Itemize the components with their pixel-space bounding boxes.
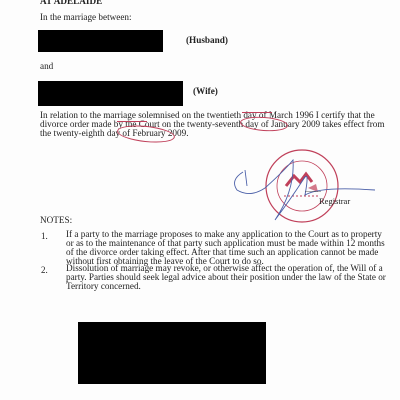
signature-dots: ........ — [305, 185, 321, 196]
note-line: Territory concerned. — [66, 281, 141, 291]
notes-heading: NOTES: — [40, 215, 72, 226]
husband-label: (Husband) — [186, 35, 228, 46]
redacted-husband-name — [38, 30, 163, 52]
marriage-intro: In the marriage between: — [40, 12, 132, 23]
court-location: AT ADELAIDE — [40, 0, 102, 7]
redacted-wife-name — [38, 81, 183, 106]
registrar-title: Registrar — [319, 196, 350, 207]
redacted-registrar-details — [78, 322, 266, 384]
note-number: 2. — [41, 265, 48, 275]
march-underline — [242, 112, 272, 113]
wife-label: (Wife) — [193, 86, 218, 97]
and-label: and — [40, 61, 53, 72]
court-strikethrough — [117, 121, 147, 122]
note-number: 1. — [41, 231, 48, 241]
